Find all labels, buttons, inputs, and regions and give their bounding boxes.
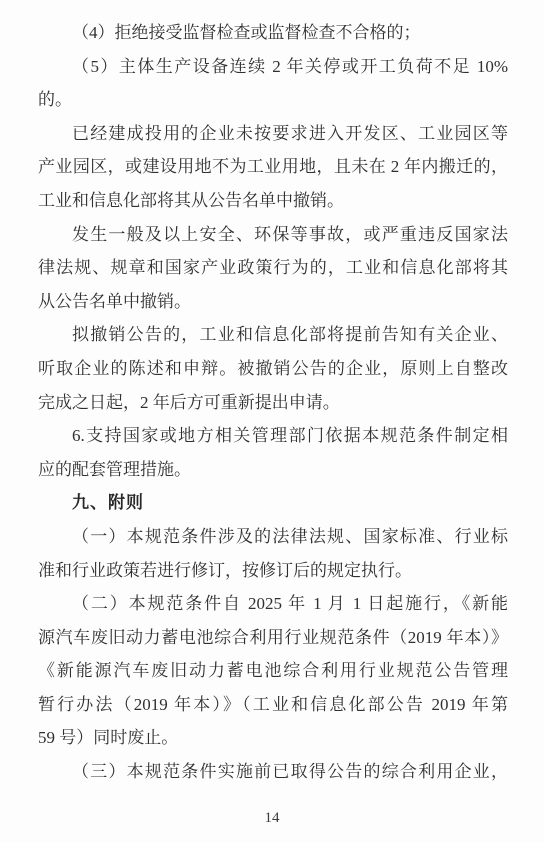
text-line: （二）本规范条件自 2025 年 1 月 1 日起施行，《新能: [38, 587, 508, 621]
text-line: 发生一般及以上安全、环保等事故，或严重违反国家法: [38, 218, 508, 252]
text-line: 的。: [38, 83, 508, 117]
text-line: 听取企业的陈述和申辩。被撤销公告的企业，原则上自整改: [38, 352, 508, 386]
document-page: （4）拒绝接受监督检查或监督检查不合格的； （5）主体生产设备连续 2 年关停或…: [0, 0, 544, 843]
text-line: 源汽车废旧动力蓄电池综合利用行业规范条件（2019 年本）》: [38, 621, 508, 655]
text-line: （5）主体生产设备连续 2 年关停或开工负荷不足 10%: [38, 50, 508, 84]
text-line: 应的配套管理措施。: [38, 453, 508, 487]
text-line: （三）本规范条件实施前已取得公告的综合利用企业，: [38, 755, 508, 789]
text-line: 拟撤销公告的，工业和信息化部将提前告知有关企业、: [38, 318, 508, 352]
text-line: 律法规、规章和国家产业政策行为的，工业和信息化部将其: [38, 251, 508, 285]
text-line: 产业园区，或建设用地不为工业用地，且未在 2 年内搬迁的，: [38, 150, 508, 184]
text-line: 已经建成投用的企业未按要求进入开发区、工业园区等: [38, 117, 508, 151]
text-line: 《新能源汽车废旧动力蓄电池综合利用行业规范公告管理: [38, 654, 508, 688]
page-number: 14: [0, 810, 544, 827]
section-heading: 九、附则: [38, 486, 508, 520]
text-line: 从公告名单中撤销。: [38, 285, 508, 319]
text-line: 6.支持国家或地方相关管理部门依据本规范条件制定相: [38, 419, 508, 453]
text-line: 59 号）同时废止。: [38, 721, 508, 755]
text-line: 准和行业政策若进行修订，按修订后的规定执行。: [38, 554, 508, 588]
text-line: 完成之日起，2 年后方可重新提出申请。: [38, 386, 508, 420]
text-line: 暂行办法（2019 年本）》（工业和信息化部公告 2019 年第: [38, 688, 508, 722]
text-line: （一）本规范条件涉及的法律法规、国家标准、行业标: [38, 520, 508, 554]
document-body: （4）拒绝接受监督检查或监督检查不合格的； （5）主体生产设备连续 2 年关停或…: [38, 16, 508, 789]
text-line: 工业和信息化部将其从公告名单中撤销。: [38, 184, 508, 218]
text-line: （4）拒绝接受监督检查或监督检查不合格的；: [38, 16, 508, 50]
